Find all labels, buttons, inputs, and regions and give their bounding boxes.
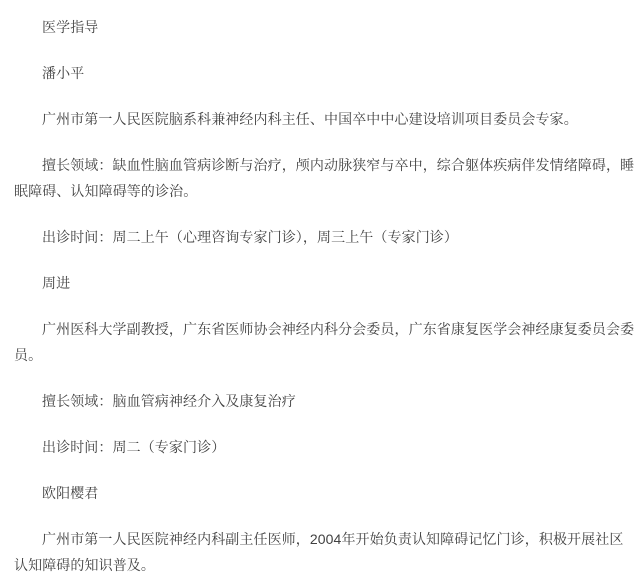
paragraph-clinic-hours-1: 出诊时间：周二上午（心理咨询专家门诊），周三上午（专家门诊） <box>14 224 636 250</box>
paragraph-section-heading: 医学指导 <box>14 14 636 40</box>
paragraph-specialty-1: 擅长领域：缺血性脑血管病诊断与治疗，颅内动脉狭窄与卒中，综合躯体疾病伴发情绪障碍… <box>14 152 636 204</box>
paragraph-specialty-2: 擅长领域：脑血管病神经介入及康复治疗 <box>14 388 636 414</box>
article-page: 医学指导潘小平广州市第一人民医院脑系科兼神经内科主任、中国卒中中心建设培训项目委… <box>0 0 640 582</box>
paragraph-doctor-title-3: 广州市第一人民医院神经内科副主任医师，2004年开始负责认知障碍记忆门诊，积极开… <box>14 526 636 578</box>
paragraph-doctor-name-2: 周进 <box>14 270 636 296</box>
paragraph-doctor-name-1: 潘小平 <box>14 60 636 86</box>
paragraph-doctor-title-1: 广州市第一人民医院脑系科兼神经内科主任、中国卒中中心建设培训项目委员会专家。 <box>14 106 636 132</box>
article-body: 医学指导潘小平广州市第一人民医院脑系科兼神经内科主任、中国卒中中心建设培训项目委… <box>14 14 636 578</box>
paragraph-doctor-name-3: 欧阳樱君 <box>14 480 636 506</box>
paragraph-clinic-hours-2: 出诊时间：周二（专家门诊） <box>14 434 636 460</box>
paragraph-doctor-title-2: 广州医科大学副教授，广东省医师协会神经内科分会委员，广东省康复医学会神经康复委员… <box>14 316 636 368</box>
